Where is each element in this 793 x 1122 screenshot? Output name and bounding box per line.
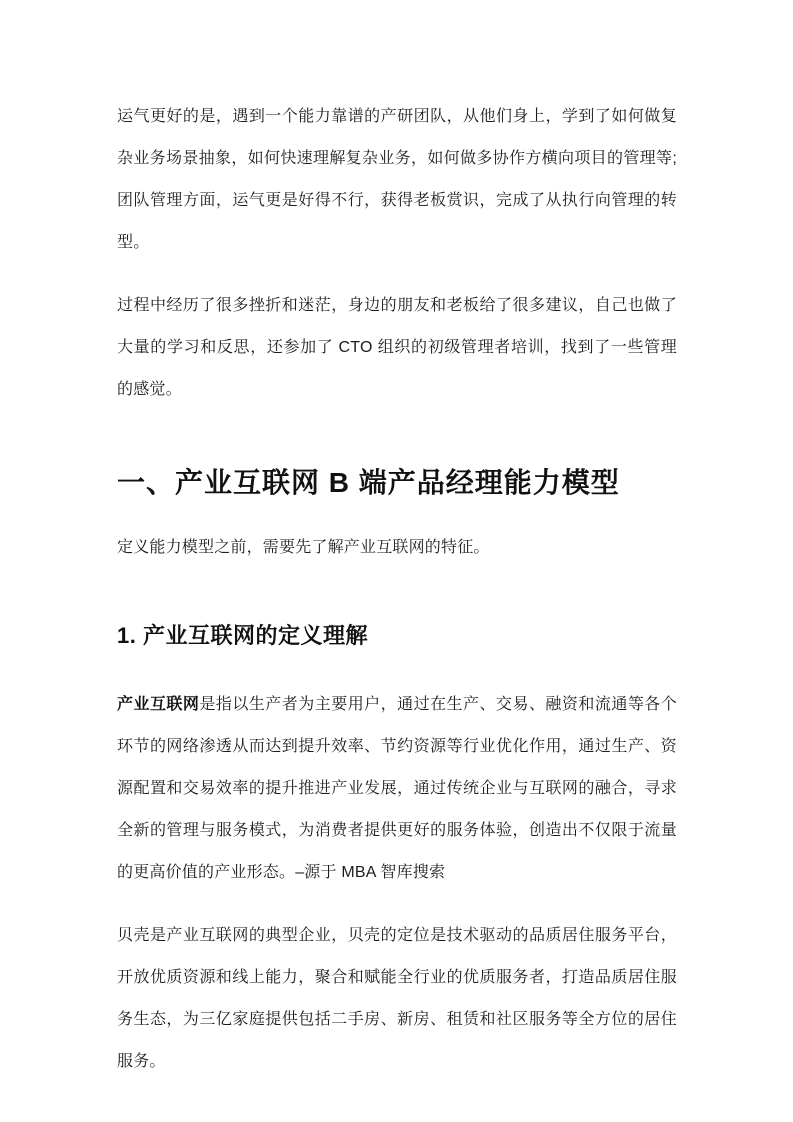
subsection-title-definition: 1. 产业互联网的定义理解 [117,621,677,651]
definition-term: 产业互联网 [117,696,199,713]
paragraph-setbacks-training: 过程中经历了很多挫折和迷茫，身边的朋友和老板给了很多建议，自己也做了大量的学习和… [117,285,677,411]
paragraph-luck-team: 运气更好的是，遇到一个能力靠谱的产研团队，从他们身上，学到了如何做复杂业务场景抽… [117,96,677,264]
definition-source: –源于 MBA 智库搜索 [295,864,445,881]
section-title-capability-model: 一、产业互联网 B 端产品经理能力模型 [117,466,677,500]
paragraph-lead-in: 定义能力模型之前，需要先了解产业互联网的特征。 [117,527,677,569]
definition-body: 是指以生产者为主要用户，通过在生产、交易、融资和流通等各个环节的网络渗透从而达到… [117,696,677,881]
paragraph-definition: 产业互联网是指以生产者为主要用户，通过在生产、交易、融资和流通等各个环节的网络渗… [117,684,677,894]
document-page: 运气更好的是，遇到一个能力靠谱的产研团队，从他们身上，学到了如何做复杂业务场景抽… [0,0,793,1122]
paragraph-beike-example: 贝壳是产业互联网的典型企业，贝壳的定位是技术驱动的品质居住服务平台，开放优质资源… [117,915,677,1083]
